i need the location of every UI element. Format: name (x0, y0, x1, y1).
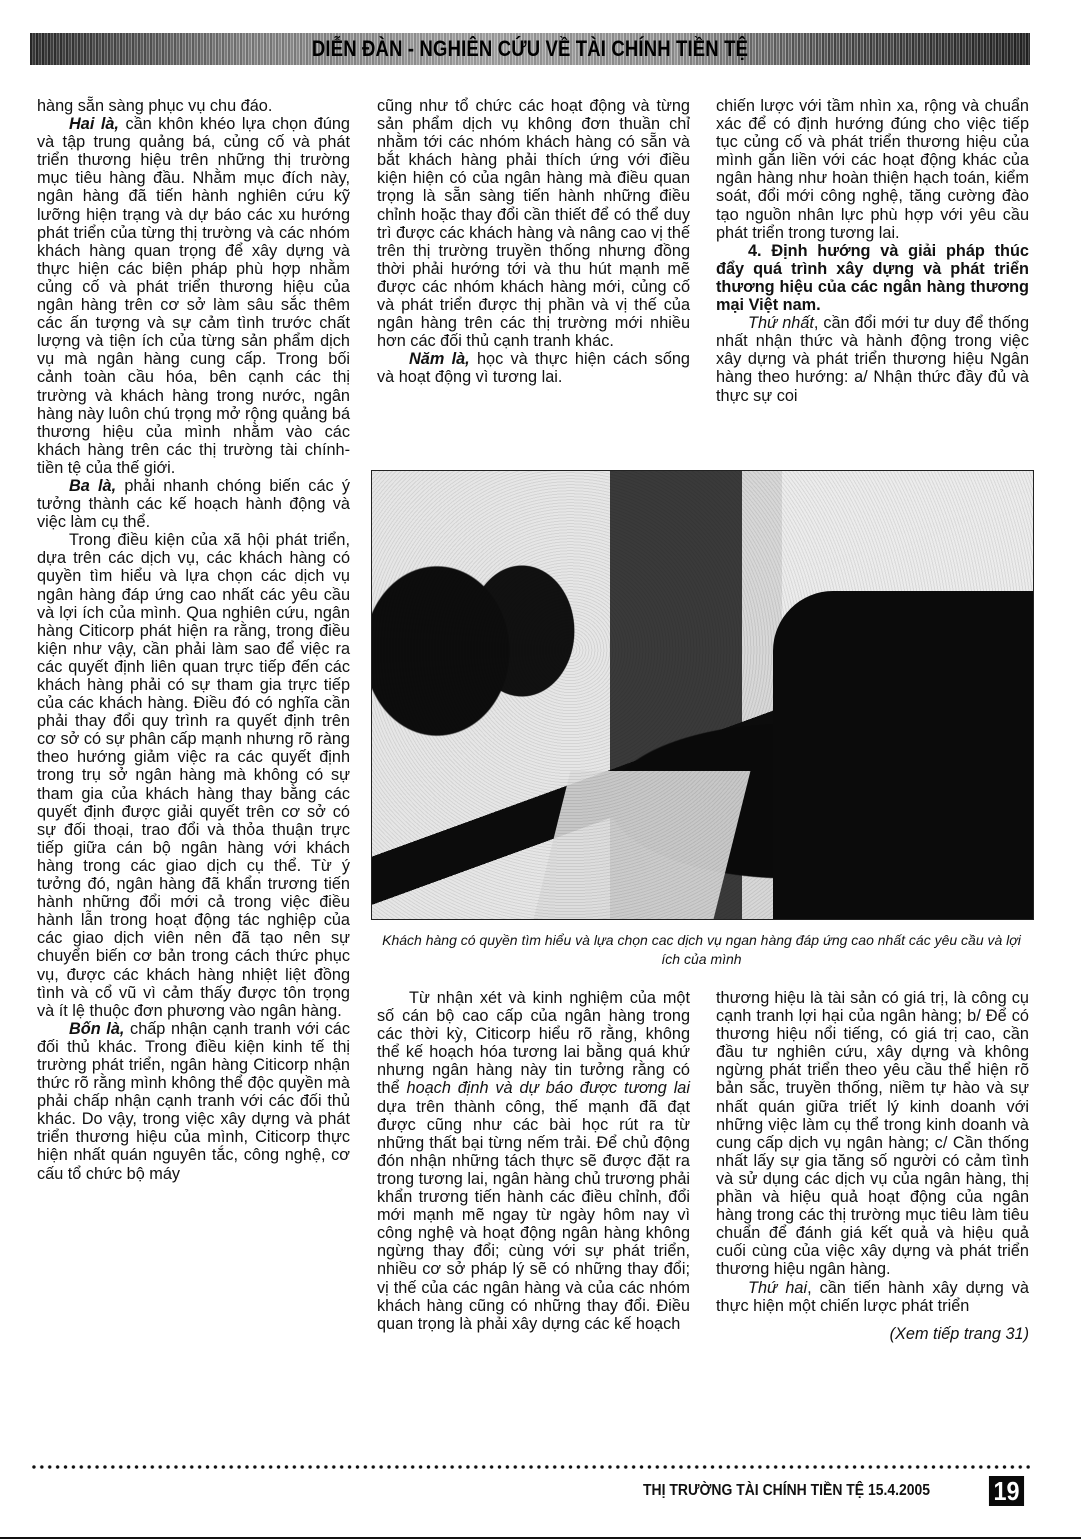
publication-footer: THỊ TRƯỜNG TÀI CHÍNH TIỀN TỆ 15.4.2005 (643, 1481, 930, 1501)
paragraph: Thứ hai, cần tiến hành xây dựng và thực … (716, 1279, 1029, 1315)
bank-customers-photo (371, 470, 1034, 920)
article-column-3-top: chiến lược với tầm nhìn xa, rộng và chuẩ… (716, 97, 1029, 405)
paragraph: thương hiệu là tài sản có giá trị, là cô… (716, 989, 1029, 1279)
point-lead: Năm là, (409, 350, 470, 368)
point-lead: Ba là, (69, 477, 116, 495)
page-number: 19 (989, 1476, 1024, 1506)
point-lead: Thứ hai (748, 1279, 807, 1297)
bottom-rule (0, 1537, 1081, 1539)
photo-grain (372, 471, 1033, 919)
photo-caption: Khách hàng có quyền tìm hiểu và lựa chọn… (371, 931, 1032, 969)
dotted-divider (30, 1465, 1030, 1469)
paragraph: Trong điều kiện của xã hội phát triển, d… (37, 531, 350, 1020)
point-lead: Bốn là, (69, 1020, 124, 1038)
paragraph: Hai là, cần khôn khéo lựa chọn đúng và t… (37, 115, 350, 477)
paragraph: Năm là, học và thực hiện cách sống và ho… (377, 350, 690, 386)
point-lead: Hai là, (69, 115, 119, 133)
section-title: DIỄN ĐÀN - NGHIÊN CỨU VỀ TÀI CHÍNH TIỀN … (110, 33, 950, 65)
paragraph: cũng như tổ chức các hoạt động và từng s… (377, 97, 690, 350)
paragraph: Bốn là, chấp nhận cạnh tranh với các đối… (37, 1020, 350, 1183)
paragraph: chiến lược với tầm nhìn xa, rộng và chuẩ… (716, 97, 1029, 242)
article-column-1: hàng sẵn sàng phục vụ chu đáo. Hai là, c… (37, 97, 350, 1183)
paragraph: Thứ nhất, cần đổi mới tư duy để thống nh… (716, 314, 1029, 404)
paragraph: hàng sẵn sàng phục vụ chu đáo. (37, 97, 350, 115)
section-heading: 4. Định hướng và giải pháp thúc đẩy quá … (716, 242, 1029, 314)
article-column-3-bottom: thương hiệu là tài sản có giá trị, là cô… (716, 989, 1029, 1343)
continued-note: (Xem tiếp trang 31) (716, 1325, 1029, 1343)
point-lead: Thứ nhất (748, 314, 814, 332)
paragraph: Ba là, phải nhanh chóng biến các ý tưởng… (37, 477, 350, 531)
article-column-2-top: cũng như tổ chức các hoạt động và từng s… (377, 97, 690, 387)
paragraph: Từ nhận xét và kinh nghiệm của một số cá… (377, 989, 690, 1333)
article-column-2-bottom: Từ nhận xét và kinh nghiệm của một số cá… (377, 989, 690, 1333)
section-banner: DIỄN ĐÀN - NGHIÊN CỨU VỀ TÀI CHÍNH TIỀN … (30, 33, 1030, 65)
